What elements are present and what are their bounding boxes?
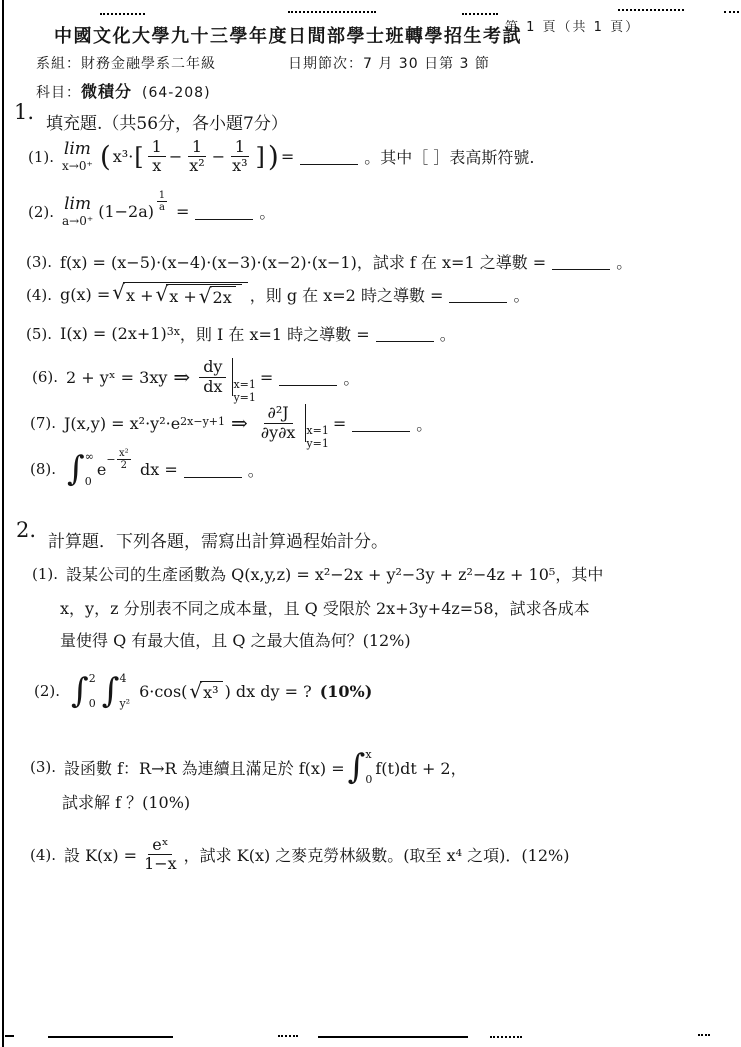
answer-blank: [300, 148, 358, 165]
nested-radical: √ x + √ x + √ 2x: [112, 282, 247, 307]
scan-artifact: [288, 11, 376, 13]
problem-label: (2).: [34, 682, 60, 700]
fraction: 1 x²: [185, 138, 208, 176]
scan-artifact: [100, 13, 145, 15]
problem-1-4: (4). g(x) = √ x + √ x + √ 2x ，則 g 在 x=: [26, 282, 529, 307]
section-1-title: 填充題.（共56分，各小題7分）: [46, 109, 288, 134]
integral-upper-limit: 2: [89, 672, 96, 685]
scan-artifact: [490, 1036, 522, 1038]
nested-radical: √ 2x: [199, 286, 236, 307]
problem-text: f(x) = (x−5)·(x−4)·(x−3)·(x−2)·(x−1)，試求 …: [60, 250, 546, 273]
section-1-number: 1.: [14, 100, 34, 124]
exponent: 1 a: [154, 190, 170, 213]
problem-text: ，則 g 在 x=2 時之導數 =: [250, 283, 444, 306]
problem-text: 設某公司的生產函數為 Q(x,y,z) = x²−2x + y²−3y + z²…: [66, 562, 603, 585]
problem-label: (8).: [30, 460, 56, 478]
equals: =: [260, 368, 273, 387]
scan-artifact: [278, 1035, 298, 1037]
answer-blank: [352, 415, 410, 432]
fraction: 1 x: [148, 138, 166, 176]
problem-note: 。其中［ ］表高斯符號.: [364, 145, 534, 168]
problem-label: (2).: [28, 203, 54, 221]
problem-1-2: (2). lim a→0⁺ (1−2a) 1 a = 。: [28, 196, 275, 227]
answer-blank: [376, 325, 434, 342]
subject-code: (64-208): [142, 85, 211, 101]
integral-upper-limit: ∞: [85, 450, 94, 463]
evaluation-conditions: x=1 y=1: [306, 424, 328, 452]
exponent: 2x−y+1: [180, 416, 225, 427]
problem-2-3-line1: (3). 設函數 f：R→R 為連續且滿足於 f(x) = ∫ x 0 f(t)…: [30, 748, 467, 786]
integrand: 6·cos(: [139, 682, 187, 701]
nested-radical: √ x + √ 2x: [156, 284, 242, 307]
problem-label: (3).: [26, 253, 52, 271]
fraction: eˣ 1−x: [140, 836, 181, 874]
implies-arrow: ⇒: [173, 365, 190, 389]
partial-derivative-fraction: ∂²J ∂y∂x: [257, 404, 300, 442]
scan-border-left: [2, 0, 4, 1047]
problem-1-6: (6). 2 + yˣ = 3xy ⇒ dy dx x=1 y=1 = 。: [32, 358, 359, 396]
integral-sign: ∫: [348, 752, 366, 783]
problem-2-4: (4). 設 K(x) = eˣ 1−x ，試求 K(x) 之麥克勞林級數。(取…: [30, 836, 569, 874]
integral-upper-limit: x: [365, 748, 372, 761]
expression-base: (1−2a): [98, 202, 154, 221]
integral-lower-limit: 0: [85, 475, 94, 488]
period: 。: [259, 200, 275, 223]
period: 。: [616, 250, 632, 273]
problem-text: x，y，z 分別表不同之成本量，且 Q 受限於 2x+3y+4z=58，試求各成…: [60, 596, 590, 619]
gauss-bracket-close: ]: [256, 145, 265, 169]
exam-title: 中國文化大學九十三學年度日間部學士班轉學招生考試: [54, 22, 522, 48]
problem-label: (5).: [26, 325, 52, 343]
equation: 2 + yˣ = 3xy: [66, 368, 167, 387]
limit-operator: lim a→0⁺: [62, 196, 93, 227]
integral-upper-limit: 4: [119, 672, 130, 685]
coefficient: x³·: [113, 147, 134, 166]
problem-1-7: (7). J(x,y) = x²·y²·e2x−y+1 ⇒ ∂²J ∂y∂x x…: [30, 404, 432, 442]
integral-sign: ∫: [102, 676, 120, 707]
problem-label: (1).: [28, 148, 54, 166]
gauss-bracket-open: [: [134, 145, 143, 169]
scan-artifact: [462, 13, 498, 15]
scan-artifact: [724, 11, 739, 13]
answer-blank: [195, 203, 253, 220]
implies-arrow: ⇒: [231, 411, 248, 435]
problem-2-1-line3: 量使得 Q 有最大值，且 Q 之最大值為何？(12%): [60, 628, 411, 651]
close-paren: ): [268, 143, 279, 171]
subject-line: 科目：微積分(64-208): [36, 79, 211, 102]
answer-blank: [184, 461, 242, 478]
radical: √ x³: [189, 681, 222, 702]
scan-artifact: [618, 9, 684, 11]
integral-lower-limit: 0: [89, 697, 96, 710]
answer-blank: [449, 286, 507, 303]
exponent: − x² 2: [106, 448, 132, 471]
exam-page: 中國文化大學九十三學年度日間部學士班轉學招生考試 第 1 頁（共 1 頁） 系組…: [0, 0, 741, 1047]
evaluation-conditions: x=1 y=1: [233, 378, 255, 406]
problem-text: ，則 I 在 x=1 時之導數 =: [180, 322, 370, 345]
problem-2-1-line1: (1). 設某公司的生產函數為 Q(x,y,z) = x²−2x + y²−3y…: [32, 562, 603, 585]
open-paren: (: [100, 143, 111, 171]
fraction: 1 x³: [228, 138, 251, 176]
problem-1-5: (5). I(x) = (2x+1)3x ，則 I 在 x=1 時之導數 = 。: [26, 322, 456, 345]
scan-artifact: [48, 1036, 173, 1038]
fraction: x² 2: [117, 448, 131, 471]
page-info: 第 1 頁（共 1 頁）: [505, 16, 640, 35]
problem-1-1: (1). lim x→0⁺ ( x³· [ 1 x − 1 x² − 1 x³ …: [28, 138, 534, 176]
date-session-line: 日期節次：7 月 30 日第 3 節: [288, 53, 490, 73]
period: 。: [513, 283, 529, 306]
function-def: J(x,y) = x²·y²·e: [64, 414, 180, 433]
problem-2-1-line2: x，y，z 分別表不同之成本量，且 Q 受限於 2x+3y+4z=58，試求各成…: [60, 596, 590, 619]
equals: =: [281, 147, 294, 166]
period: 。: [416, 412, 432, 435]
integral: ∫ 2 0: [71, 672, 96, 710]
problem-text: 量使得 Q 有最大值，且 Q 之最大值為何？(12%): [60, 628, 411, 651]
answer-blank: [552, 253, 610, 270]
integral-lower-limit: 0: [365, 773, 372, 786]
integral: ∫ 4 y²: [102, 672, 130, 710]
function-def: I(x) = (2x+1): [60, 324, 167, 343]
integrand: ) dx dy = ?: [225, 682, 312, 701]
period: 。: [440, 322, 456, 345]
subject-label: 科目：: [36, 85, 81, 101]
scan-artifact: [5, 1035, 14, 1037]
problem-label: (7).: [30, 414, 56, 432]
exponent: 3x: [167, 326, 180, 337]
department-line: 系組：財務金融學系二年級: [36, 53, 216, 73]
operator: −: [212, 147, 225, 166]
subject-name: 微積分: [81, 82, 132, 101]
expression-base: e: [97, 460, 106, 479]
period: 。: [343, 366, 359, 389]
problem-text: ，試求 K(x) 之麥克勞林級數。(取至 x⁴ 之項)．(12%): [184, 843, 570, 866]
problem-text: 設函數 f：R→R 為連續且滿足於 f(x) =: [64, 756, 345, 779]
fraction: 1 a: [155, 190, 169, 213]
points-badge: (10%): [320, 682, 373, 701]
problem-label: (6).: [32, 368, 58, 386]
function-def: g(x) =: [60, 285, 110, 304]
integral-sign: ∫: [71, 676, 89, 707]
answer-blank: [279, 369, 337, 386]
section-2-title: 計算題．下列各題，需寫出計算過程始計分。: [48, 527, 388, 552]
scan-artifact: [318, 1036, 468, 1038]
equals: =: [333, 414, 346, 433]
problem-label: (1).: [32, 565, 58, 583]
limit-operator: lim x→0⁺: [62, 141, 93, 172]
equals: =: [176, 202, 189, 221]
derivative-fraction: dy dx: [199, 358, 226, 396]
problem-label: (3).: [30, 758, 56, 776]
integral: ∫ x 0: [348, 748, 373, 786]
operator: −: [169, 147, 182, 166]
problem-text: 設 K(x) =: [64, 843, 137, 866]
problem-text: 試求解 f ？(10%): [62, 790, 190, 813]
problem-1-8: (8). ∫ ∞ 0 e − x² 2 dx = 。: [30, 450, 264, 488]
problem-1-3: (3). f(x) = (x−5)·(x−4)·(x−3)·(x−2)·(x−1…: [26, 250, 632, 273]
period: 。: [248, 458, 264, 481]
differential: dx =: [140, 460, 178, 479]
integral-lower-limit: y²: [119, 697, 130, 710]
problem-text: f(t)dt + 2，: [375, 756, 466, 779]
problem-label: (4).: [26, 286, 52, 304]
integral: ∫ ∞ 0: [67, 450, 94, 488]
problem-label: (4).: [30, 846, 56, 864]
integral-sign: ∫: [67, 454, 85, 485]
scan-artifact: [698, 1034, 710, 1036]
problem-2-3-line2: 試求解 f ？(10%): [62, 790, 190, 813]
section-2-number: 2.: [16, 518, 36, 542]
problem-2-2: (2). ∫ 2 0 ∫ 4 y² 6·cos( √ x³ ) dx dy = …: [34, 672, 372, 710]
